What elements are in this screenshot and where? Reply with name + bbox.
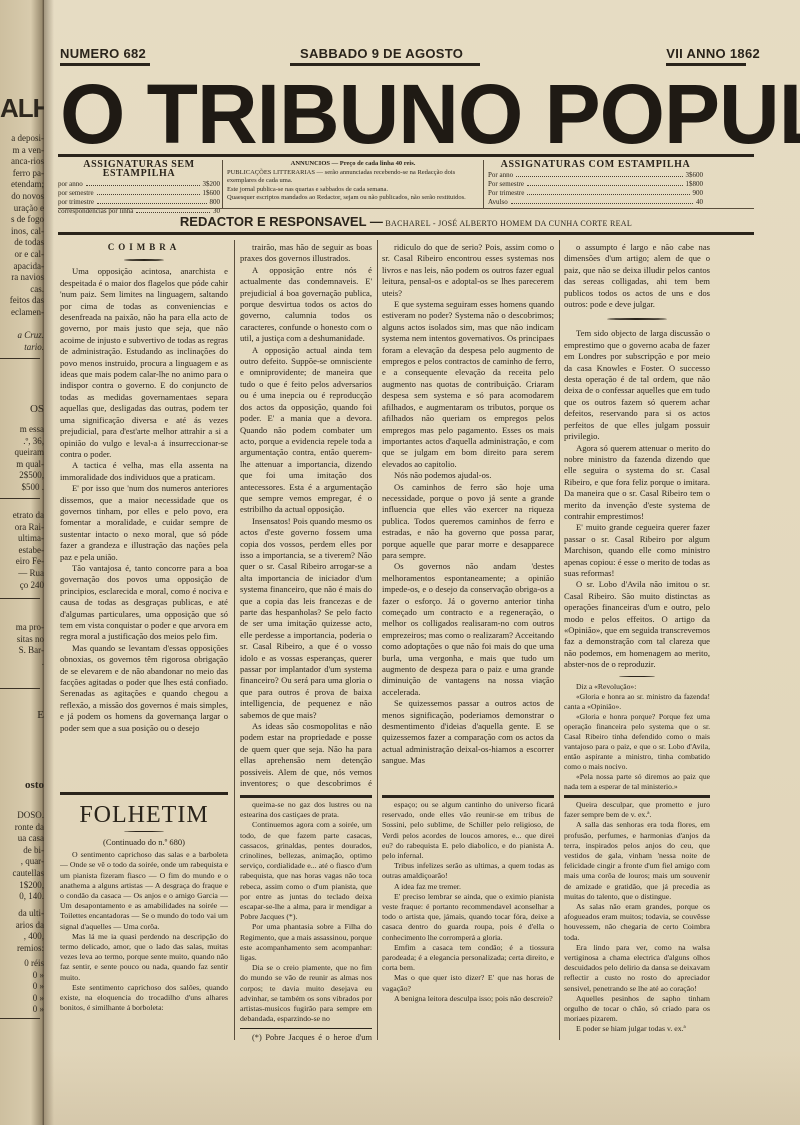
- rule: [666, 63, 746, 66]
- left-page-line: queiram: [0, 447, 44, 459]
- folhetim-paragraph: O sentimento caprichoso das salas e a ba…: [60, 850, 228, 932]
- price-label: por semestre: [58, 189, 94, 198]
- left-page-line: anca-rios: [0, 156, 44, 168]
- left-page-line: eclamen-: [0, 307, 44, 319]
- price-row: por semestre1$600: [58, 189, 220, 198]
- left-page-line: 1$200,: [0, 880, 44, 892]
- left-page-line: S. Bar-: [0, 645, 44, 657]
- left-page-headline: ALHO: [0, 94, 44, 122]
- left-page-line: a Cruz.: [0, 330, 44, 342]
- rule: [60, 63, 150, 66]
- masthead-info-bar: NUMERO 682 SABBADO 9 DE AGOSTO VII ANNO …: [60, 46, 760, 68]
- price-label: por anno: [58, 180, 83, 189]
- folhetim-paragraph: Queira desculpar, que prometto e juro fa…: [564, 800, 710, 820]
- left-page-os: OS: [0, 404, 44, 415]
- left-page-rule: [0, 358, 40, 359]
- subscriptions-heading: ASSIGNATURAS SEM ESTAMPILHA: [58, 160, 220, 178]
- left-page-line: m qual-: [0, 459, 44, 471]
- left-page-line: or e cal-: [0, 249, 44, 261]
- article-paragraph: Mas quando se levantam d'essas opposiçõe…: [60, 643, 228, 734]
- leader-dots: [97, 189, 200, 195]
- rule: [290, 63, 480, 66]
- left-page-text-g: da ulti-arios da, 400,remios:: [0, 908, 44, 954]
- left-page-line: ferro pa-: [0, 168, 44, 180]
- price-value: 3$600: [686, 171, 704, 180]
- left-page-text-f: DOSO.ronte daua casade bi-, quar-cautell…: [0, 810, 44, 903]
- article-paragraph: Nós não podemos ajudal-os.: [382, 470, 554, 481]
- ornament: [124, 831, 164, 832]
- left-page-line: DOSO.: [0, 810, 44, 822]
- article-paragraph: Se quizessemos passar a outros actos de …: [382, 698, 554, 766]
- folhetim-paragraph: Continuemos agora com a soirée, um todo,…: [240, 820, 372, 922]
- left-page-line: 0 »: [0, 970, 44, 982]
- price-row: Por trimestre900: [488, 189, 703, 198]
- left-page-rule: [0, 498, 40, 499]
- article-paragraph: E que systema seguiram esses homens quan…: [382, 299, 554, 470]
- issue-number: NUMERO 682: [60, 46, 150, 66]
- leader-dots: [527, 189, 689, 195]
- folhetim-paragraph: A benigna leitora desculpa isso; pois nã…: [382, 994, 554, 1004]
- left-page-line: inos, cal-: [0, 226, 44, 238]
- left-page-line: tario.: [0, 342, 44, 354]
- left-page-text-h: 0 réis0 »0 »0 »0 »: [0, 958, 44, 1016]
- column-rule: [377, 240, 378, 1040]
- ornament: [607, 318, 667, 320]
- article-paragraph: A opposição entre nós é actualmente das …: [240, 265, 372, 345]
- price-row: Por semestre1$800: [488, 180, 703, 189]
- left-page-text-d: etrato daora Rai-ultima-estabe-eiro Fe-—…: [0, 510, 44, 591]
- left-page-line: feitos das: [0, 295, 44, 307]
- left-page-line: a deposi-: [0, 133, 44, 145]
- article-paragraph: E' por isso que 'num dos numeros anterio…: [60, 483, 228, 563]
- quoted-paragraph: «Gloria e honra ao sr. ministro da fazen…: [564, 692, 710, 712]
- left-page-line: .º, 36,: [0, 436, 44, 448]
- column-rule: [559, 240, 560, 1040]
- subscriptions-heading: ASSIGNATURAS COM ESTAMPILHA: [488, 160, 703, 169]
- article-paragraph: trairão, mas hão de seguir as boas praxe…: [240, 242, 372, 265]
- folhetim-rule: [240, 795, 372, 798]
- folhetim-rule: [60, 792, 228, 795]
- left-page-line: estabe-: [0, 545, 44, 557]
- left-page-line: de bi-: [0, 845, 44, 857]
- folhetim-subtitle: (Continuado do n.º 680): [60, 837, 228, 847]
- article-column-2: trairão, mas hão de seguir as boas praxe…: [240, 242, 372, 790]
- folhetim-paragraph: E poder se hiam julgar todas v. ex.ª: [564, 1024, 710, 1034]
- issue-year: VII ANNO 1862: [666, 46, 760, 66]
- footnote: (*) Pobre Jacques é o heroe d'um drama, …: [240, 1033, 372, 1044]
- leader-dots: [511, 198, 693, 204]
- leader-dots: [527, 180, 683, 186]
- article-paragraph: o assumpto é largo e não cabe nas dimens…: [564, 242, 710, 310]
- left-page-line: $500 .: [0, 482, 44, 494]
- price-label: Por semestre: [488, 180, 524, 189]
- folhetim-paragraph: As salas não eram grandes, porque os afo…: [564, 902, 710, 943]
- left-page-line: da ulti-: [0, 908, 44, 920]
- left-page-line: m essa: [0, 424, 44, 436]
- folhetim-paragraph: Era lindo para ver, como na walsa vertig…: [564, 943, 710, 994]
- article-column-4: o assumpto é largo e não cabe nas dimens…: [564, 242, 710, 790]
- left-page-line: 0 »: [0, 1004, 44, 1016]
- folhetim-paragraph: Mas o que quer isto dizer? E' que nas ho…: [382, 973, 554, 993]
- newspaper-title: O TRIBUNO POPULAR: [60, 72, 754, 156]
- folhetim-column-2: queima-se no gaz dos lustres ou na estea…: [240, 800, 372, 1044]
- left-page-line: ultima-: [0, 533, 44, 545]
- article-column-3: ridiculo do que de serio? Pois, assim co…: [382, 242, 554, 790]
- rule: [58, 208, 754, 209]
- leader-dots: [516, 171, 682, 177]
- left-page-line: ma pro-: [0, 622, 44, 634]
- article-paragraph: A tactica é velha, mas ella assenta na i…: [60, 460, 228, 483]
- price-value: 1$600: [203, 189, 221, 198]
- folhetim-paragraph: A idea faz me tremer.: [382, 882, 554, 892]
- article-paragraph: E' muito grande cegueira querer fazer pa…: [564, 522, 710, 579]
- left-page-line: cas.: [0, 284, 44, 296]
- left-page-e: E: [0, 710, 44, 721]
- folhetim-paragraph: E' preciso lembrar se ainda, que o eximi…: [382, 892, 554, 943]
- left-page-line: 2$500,: [0, 470, 44, 482]
- folhetim-paragraph: Mas lá me ia quasi perdendo na descripçã…: [60, 932, 228, 983]
- price-row: Avulso40: [488, 198, 703, 207]
- left-page-line: ra navios: [0, 272, 44, 284]
- page-bottom-margin: [44, 1050, 800, 1125]
- left-page-line: etendam;: [0, 179, 44, 191]
- left-page-rule: [0, 688, 40, 689]
- announcements-box: ANNUNCIOS — Preço de cada linha 40 reis.…: [222, 160, 484, 208]
- article-paragraph: Os caminhos de ferro são hoje uma necess…: [382, 482, 554, 562]
- ornament: [124, 259, 164, 261]
- left-page-line: remios:: [0, 943, 44, 955]
- folhetim-paragraph: Emfim a casaca tem condão; é a tiossura …: [382, 943, 554, 974]
- left-page-text-c: m essa.º, 36,queiramm qual-2$500,$500 .: [0, 424, 44, 494]
- footnote-rule: [240, 1028, 372, 1029]
- subscriptions-with-stamp: ASSIGNATURAS COM ESTAMPILHA Por anno3$60…: [488, 160, 703, 207]
- title-rule: [58, 154, 754, 157]
- article-paragraph: ridiculo do que de serio? Pois, assim co…: [382, 242, 554, 299]
- left-page-line: ço 240: [0, 580, 44, 592]
- article-paragraph: O sr. Lobo d'Avila não imitou o sr. Casa…: [564, 579, 710, 670]
- left-page-line: etrato da: [0, 510, 44, 522]
- left-page-line: eiro Fe-: [0, 556, 44, 568]
- folhetim-paragraph: Por uma phantasia sobre a Filha do Regim…: [240, 922, 372, 963]
- price-value: 800: [210, 198, 221, 207]
- quoted-paragraph: «Gloria e honra porque? Porque fez uma o…: [564, 712, 710, 772]
- issue-date: SABBADO 9 DE AGOSTO: [300, 46, 480, 66]
- left-page-line: 0 »: [0, 993, 44, 1005]
- editor-line: REDACTOR E RESPONSAVEL — BACHAREL - JOSÉ…: [58, 214, 754, 229]
- left-page-line: ronte da: [0, 822, 44, 834]
- left-page-line: — Rua: [0, 568, 44, 580]
- article-paragraph: Agora só querem attenuar o merito do nob…: [564, 443, 710, 523]
- left-page-line: arios da: [0, 920, 44, 932]
- folhetim-title: FOLHETIM: [60, 802, 228, 828]
- left-page-rule: [0, 1018, 40, 1019]
- article-paragraph: Tem sido objecto de larga discussão o em…: [564, 328, 710, 442]
- article-paragraph: Tão vantajosa é, tanto concorre para a b…: [60, 563, 228, 643]
- folhetim-paragraph: Tribus infelizes serão as ultimas, a que…: [382, 861, 554, 881]
- ornament: [619, 676, 655, 677]
- left-page-line: apacida-: [0, 261, 44, 273]
- left-page-line: , 400,: [0, 931, 44, 943]
- price-label: por trimestre: [58, 198, 94, 207]
- leader-dots: [97, 198, 207, 204]
- price-row: Por anno3$600: [488, 171, 703, 180]
- left-page-line: de todas: [0, 237, 44, 249]
- left-page-text-a: a deposi-m a ven-anca-riosferro pa-etend…: [0, 133, 44, 319]
- left-page-line: s de fogo: [0, 214, 44, 226]
- leader-dots: [86, 180, 200, 186]
- left-page-line: do novos: [0, 191, 44, 203]
- article-paragraph: A opposição actual ainda tem outro defei…: [240, 345, 372, 516]
- column-rule: [234, 240, 235, 1040]
- left-page-line: ua casa: [0, 833, 44, 845]
- price-row: por trimestre800: [58, 198, 220, 207]
- article-paragraph: Uma opposição acintosa, anarchista e des…: [60, 266, 228, 460]
- folhetim-paragraph: queima-se no gaz dos lustres ou na estea…: [240, 800, 372, 820]
- quoted-paragraph: Diz a «Revolução»:: [564, 682, 710, 692]
- price-value: 3$200: [203, 180, 221, 189]
- left-page-rule: [0, 598, 40, 599]
- article-paragraph: Insensatos! Pois quando mesmo os actos d…: [240, 516, 372, 721]
- folhetim-paragraph: A salla das senhoras era toda flores, em…: [564, 820, 710, 902]
- left-page-line: cautellas: [0, 868, 44, 880]
- left-page-text-e: ma pro-sitas noS. Bar-.: [0, 622, 44, 668]
- folhetim-paragraph: espaço; ou se algum cantinho do universo…: [382, 800, 554, 861]
- article-paragraph: As ideas são cosmopolitas e não podem es…: [240, 721, 372, 790]
- left-page-osto: osto: [0, 780, 44, 791]
- left-page-text-b: a Cruz.tario.: [0, 330, 44, 353]
- quoted-paragraph: «Pela nossa parte só diremos ao paiz que…: [564, 772, 710, 790]
- left-page-line: 0 »: [0, 981, 44, 993]
- price-label: Avulso: [488, 198, 508, 207]
- folhetim-column-4: Queira desculpar, que prometto e juro fa…: [564, 800, 710, 1044]
- left-page-line: uração e: [0, 203, 44, 215]
- folhetim-rule: [564, 795, 710, 798]
- price-row: por anno3$200: [58, 180, 220, 189]
- adjacent-page-edge: ALHO a deposi-m a ven-anca-riosferro pa-…: [0, 0, 44, 1125]
- folhetim-column-3: espaço; ou se algum cantinho do universo…: [382, 800, 554, 1044]
- folhetim-paragraph: Dia se o creio piamente, que no fim do m…: [240, 963, 372, 1024]
- left-page-line: 0, 140.: [0, 891, 44, 903]
- rule: [58, 232, 754, 235]
- left-page-line: m a ven-: [0, 145, 44, 157]
- folhetim-paragraph: Aquelles pesinhos de sapho tinham orgulh…: [564, 994, 710, 1025]
- left-page-line: 0 réis: [0, 958, 44, 970]
- left-page-line: ora Rai-: [0, 522, 44, 534]
- price-label: Por anno: [488, 171, 513, 180]
- price-value: 1$800: [686, 180, 704, 189]
- section-heading: COIMBRA: [60, 242, 228, 253]
- left-page-line: .: [0, 657, 44, 669]
- article-column-1: COIMBRA Uma opposição acintosa, anarchis…: [60, 240, 228, 790]
- newspaper-page: NUMERO 682 SABBADO 9 DE AGOSTO VII ANNO …: [44, 0, 800, 1125]
- folhetim-rule: [382, 795, 554, 798]
- folhetim-column-1: FOLHETIM (Continuado do n.º 680) O senti…: [60, 798, 228, 1044]
- left-page-line: sitas no: [0, 634, 44, 646]
- folhetim-paragraph: Este sentimento caprichoso dos salões, q…: [60, 983, 228, 1014]
- price-label: Por trimestre: [488, 189, 524, 198]
- article-paragraph: Os governos não andam 'destes melhoramen…: [382, 561, 554, 698]
- price-value: 900: [693, 189, 704, 198]
- price-value: 40: [696, 198, 703, 207]
- left-page-line: , quar-: [0, 856, 44, 868]
